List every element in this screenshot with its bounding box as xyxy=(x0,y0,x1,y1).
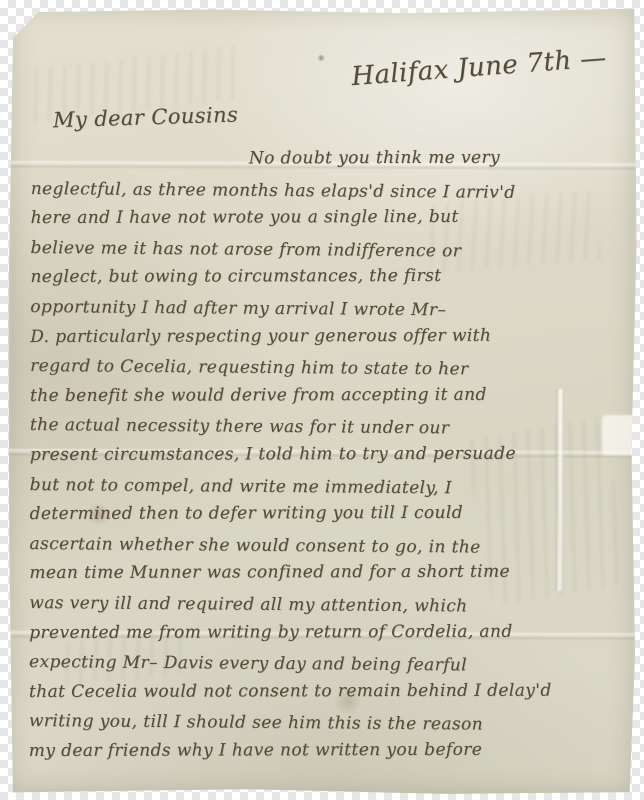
letter-paper: Halifax June 7th — My dear Cousins No do… xyxy=(7,5,638,796)
letter-line: my dear friends why I have not written y… xyxy=(29,735,625,766)
letter-line: prevented me from writing by return of C… xyxy=(29,617,625,648)
letter-body: No doubt you think me very neglectful, a… xyxy=(29,145,627,769)
letter-line: mean time Munner was confined and for a … xyxy=(29,558,625,589)
letter-line: the benefit she would derive from accept… xyxy=(30,380,626,411)
salutation: My dear Cousins xyxy=(53,102,239,132)
letter-line: here and I have not wrote you a single l… xyxy=(31,203,627,234)
date-line: Halifax June 7th — xyxy=(350,43,607,92)
transparency-background: Halifax June 7th — My dear Cousins No do… xyxy=(0,0,644,800)
letter-line: neglect, but owing to circumstances, the… xyxy=(30,262,626,293)
letter-line: No doubt you think me very xyxy=(31,143,627,174)
ink-stain xyxy=(317,54,325,62)
letter-line: determined then to defer writing you til… xyxy=(30,499,626,530)
letter-line: D. particularly respecting your generous… xyxy=(30,321,626,352)
letter-line: that Cecelia would not consent to remain… xyxy=(29,676,625,707)
letter-line: present circumstances, I told him to try… xyxy=(30,439,626,470)
